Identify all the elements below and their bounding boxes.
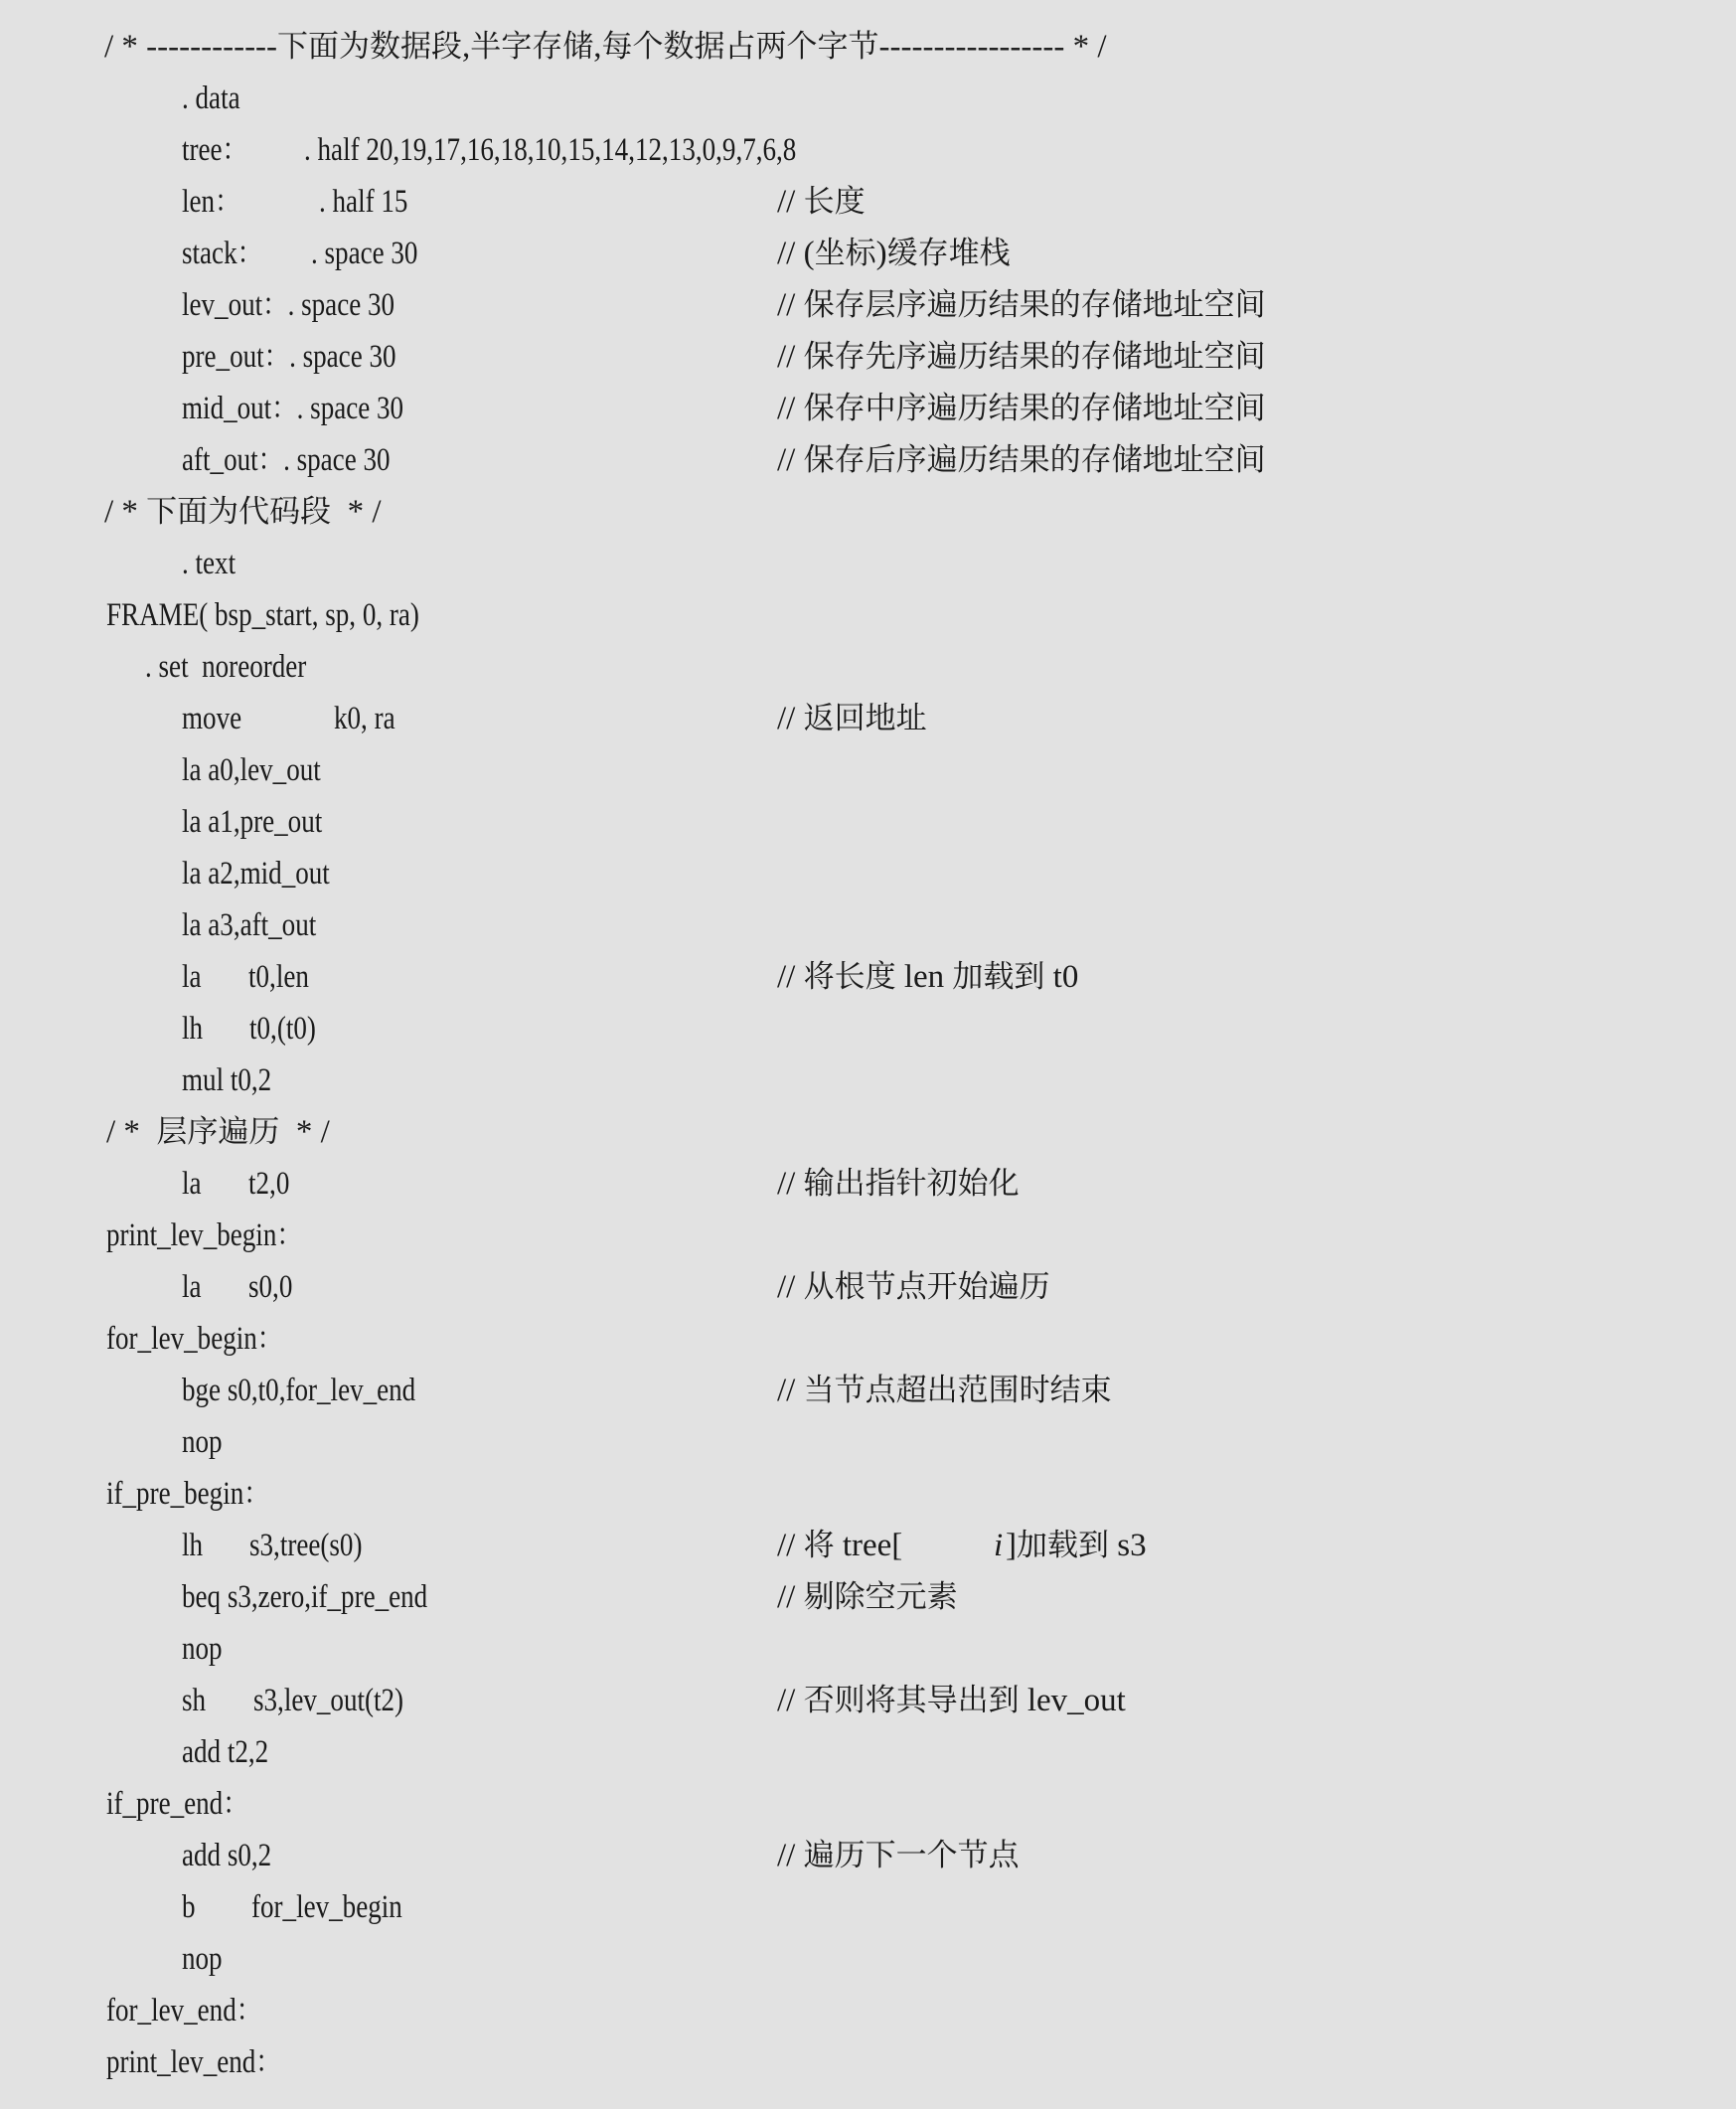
code-comment: // 当节点超出范围时结束 [777, 1365, 1112, 1416]
code-line: if_pre_begin： [0, 1468, 1736, 1520]
code-label: if_pre_end： [106, 1778, 248, 1830]
code-operand: t0,len [248, 951, 309, 1003]
code-instr: add s0,2 [182, 1830, 271, 1881]
code-line: add t2,2 [0, 1726, 1736, 1778]
code-directive: . set noreorder [145, 641, 306, 693]
code-label: len： [182, 176, 239, 228]
code-comment: // 保存层序遍历结果的存储地址空间 [777, 279, 1266, 331]
code-comment: // 返回地址 [777, 693, 927, 744]
code-label: pre_out：. space 30 [182, 331, 396, 383]
code-line: la a2,mid_out [0, 848, 1736, 899]
code-directive: . half 20,19,17,16,18,10,15,14,12,13,0,9… [304, 124, 796, 176]
code-line: lev_out：. space 30// 保存层序遍历结果的存储地址空间 [0, 279, 1736, 331]
code-comment: // 剔除空元素 [777, 1571, 958, 1623]
code-label: tree： [182, 124, 247, 176]
code-instr: nop [182, 1623, 223, 1675]
code-line: lhs3,tree(s0)// 将 tree[i]加载到 s3 [0, 1520, 1736, 1571]
code-instr: mul t0,2 [182, 1054, 271, 1106]
code-operand: for_lev_begin [251, 1881, 402, 1933]
code-directive: . data [182, 73, 240, 124]
code-line: lat0,len// 将长度 len 加载到 t0 [0, 951, 1736, 1003]
code-label: for_lev_end： [106, 1985, 261, 2036]
code-line: / * ------------下面为数据段,半字存储,每个数据占两个字节---… [0, 21, 1736, 73]
code-comment: // 否则将其导出到 lev_out [777, 1675, 1126, 1726]
code-comment: // 保存中序遍历结果的存储地址空间 [777, 383, 1266, 434]
code-instr: la [182, 1261, 202, 1313]
code-line: lht0,(t0) [0, 1003, 1736, 1054]
code-line: beq s3,zero,if_pre_end// 剔除空元素 [0, 1571, 1736, 1623]
code-instr: lh [182, 1520, 203, 1571]
code-comment: // 遍历下一个节点 [777, 1830, 1020, 1881]
code-instr: move [182, 693, 241, 744]
code-instr: la [182, 951, 202, 1003]
code-operand: s0,0 [248, 1261, 292, 1313]
code-comment-block: / * ------------下面为数据段,半字存储,每个数据占两个字节---… [104, 21, 1107, 73]
code-comment-italic: i [994, 1520, 1003, 1571]
code-label: if_pre_begin： [106, 1468, 269, 1520]
code-macro: FRAME( bsp_start, sp, 0, ra) [106, 589, 419, 641]
code-directive: . half 15 [319, 176, 407, 228]
code-operand: s3,lev_out(t2) [253, 1675, 403, 1726]
code-comment: // 将长度 len 加载到 t0 [777, 951, 1078, 1003]
code-line: la a3,aft_out [0, 899, 1736, 951]
code-directive: . text [182, 538, 236, 589]
code-comment: // 保存先序遍历结果的存储地址空间 [777, 331, 1266, 383]
code-line: pre_out：. space 30// 保存先序遍历结果的存储地址空间 [0, 331, 1736, 383]
code-line: bge s0,t0,for_lev_end// 当节点超出范围时结束 [0, 1365, 1736, 1416]
code-line: FRAME( bsp_start, sp, 0, ra) [0, 589, 1736, 641]
code-line: print_lev_end： [0, 2036, 1736, 2088]
code-line: . data [0, 73, 1736, 124]
code-comment: // (坐标)缓存堆栈 [777, 228, 1011, 279]
code-instr: la a2,mid_out [182, 848, 330, 899]
code-operand: t2,0 [248, 1158, 289, 1210]
code-instr: la [182, 1158, 202, 1210]
code-line: la a0,lev_out [0, 744, 1736, 796]
code-comment-block: / * 下面为代码段 * / [104, 486, 382, 538]
code-line: bfor_lev_begin [0, 1881, 1736, 1933]
code-directive: . space 30 [311, 228, 417, 279]
code-line: las0,0// 从根节点开始遍历 [0, 1261, 1736, 1313]
code-line: tree：. half 20,19,17,16,18,10,15,14,12,1… [0, 124, 1736, 176]
code-line: movek0, ra// 返回地址 [0, 693, 1736, 744]
code-label: mid_out：. space 30 [182, 383, 403, 434]
code-line: aft_out：. space 30// 保存后序遍历结果的存储地址空间 [0, 434, 1736, 486]
code-line: shs3,lev_out(t2)// 否则将其导出到 lev_out [0, 1675, 1736, 1726]
code-line: nop [0, 1933, 1736, 1985]
code-line: nop [0, 1416, 1736, 1468]
code-instr: nop [182, 1933, 223, 1985]
code-comment: // 从根节点开始遍历 [777, 1261, 1050, 1313]
code-comment: // 长度 [777, 176, 866, 228]
code-comment: // 输出指针初始化 [777, 1158, 1020, 1210]
code-instr: nop [182, 1416, 223, 1468]
code-instr: beq s3,zero,if_pre_end [182, 1571, 427, 1623]
code-instr: sh [182, 1675, 206, 1726]
code-comment: // 保存后序遍历结果的存储地址空间 [777, 434, 1266, 486]
code-line: mid_out：. space 30// 保存中序遍历结果的存储地址空间 [0, 383, 1736, 434]
code-line: for_lev_end： [0, 1985, 1736, 2036]
code-label: aft_out：. space 30 [182, 434, 391, 486]
assembly-code-listing: / * ------------下面为数据段,半字存储,每个数据占两个字节---… [0, 0, 1736, 2109]
code-line: for_lev_begin： [0, 1313, 1736, 1365]
code-line: if_pre_end： [0, 1778, 1736, 1830]
code-label: stack： [182, 228, 262, 279]
code-instr: la a0,lev_out [182, 744, 321, 796]
code-instr: bge s0,t0,for_lev_end [182, 1365, 415, 1416]
code-instr: b [182, 1881, 196, 1933]
code-comment: // 将 tree[ [777, 1520, 902, 1571]
code-operand: s3,tree(s0) [249, 1520, 362, 1571]
code-instr: la a1,pre_out [182, 796, 322, 848]
code-line: print_lev_begin： [0, 1210, 1736, 1261]
code-line: la a1,pre_out [0, 796, 1736, 848]
code-line: nop [0, 1623, 1736, 1675]
code-line: len：. half 15// 长度 [0, 176, 1736, 228]
code-line: . text [0, 538, 1736, 589]
code-comment-block: / * 层序遍历 * / [106, 1106, 330, 1158]
code-line: add s0,2// 遍历下一个节点 [0, 1830, 1736, 1881]
code-line: mul t0,2 [0, 1054, 1736, 1106]
code-label: lev_out：. space 30 [182, 279, 395, 331]
code-line: lat2,0// 输出指针初始化 [0, 1158, 1736, 1210]
code-operand: t0,(t0) [249, 1003, 316, 1054]
code-operand: k0, ra [334, 693, 395, 744]
code-comment: ]加载到 s3 [1006, 1520, 1147, 1571]
code-instr: la a3,aft_out [182, 899, 316, 951]
code-line: / * 层序遍历 * / [0, 1106, 1736, 1158]
code-label: print_lev_end： [106, 2036, 281, 2088]
code-line: . set noreorder [0, 641, 1736, 693]
code-instr: add t2,2 [182, 1726, 268, 1778]
code-line: / * 下面为代码段 * / [0, 486, 1736, 538]
code-label: for_lev_begin： [106, 1313, 282, 1365]
code-instr: lh [182, 1003, 203, 1054]
code-label: print_lev_begin： [106, 1210, 302, 1261]
code-line: stack：. space 30// (坐标)缓存堆栈 [0, 228, 1736, 279]
